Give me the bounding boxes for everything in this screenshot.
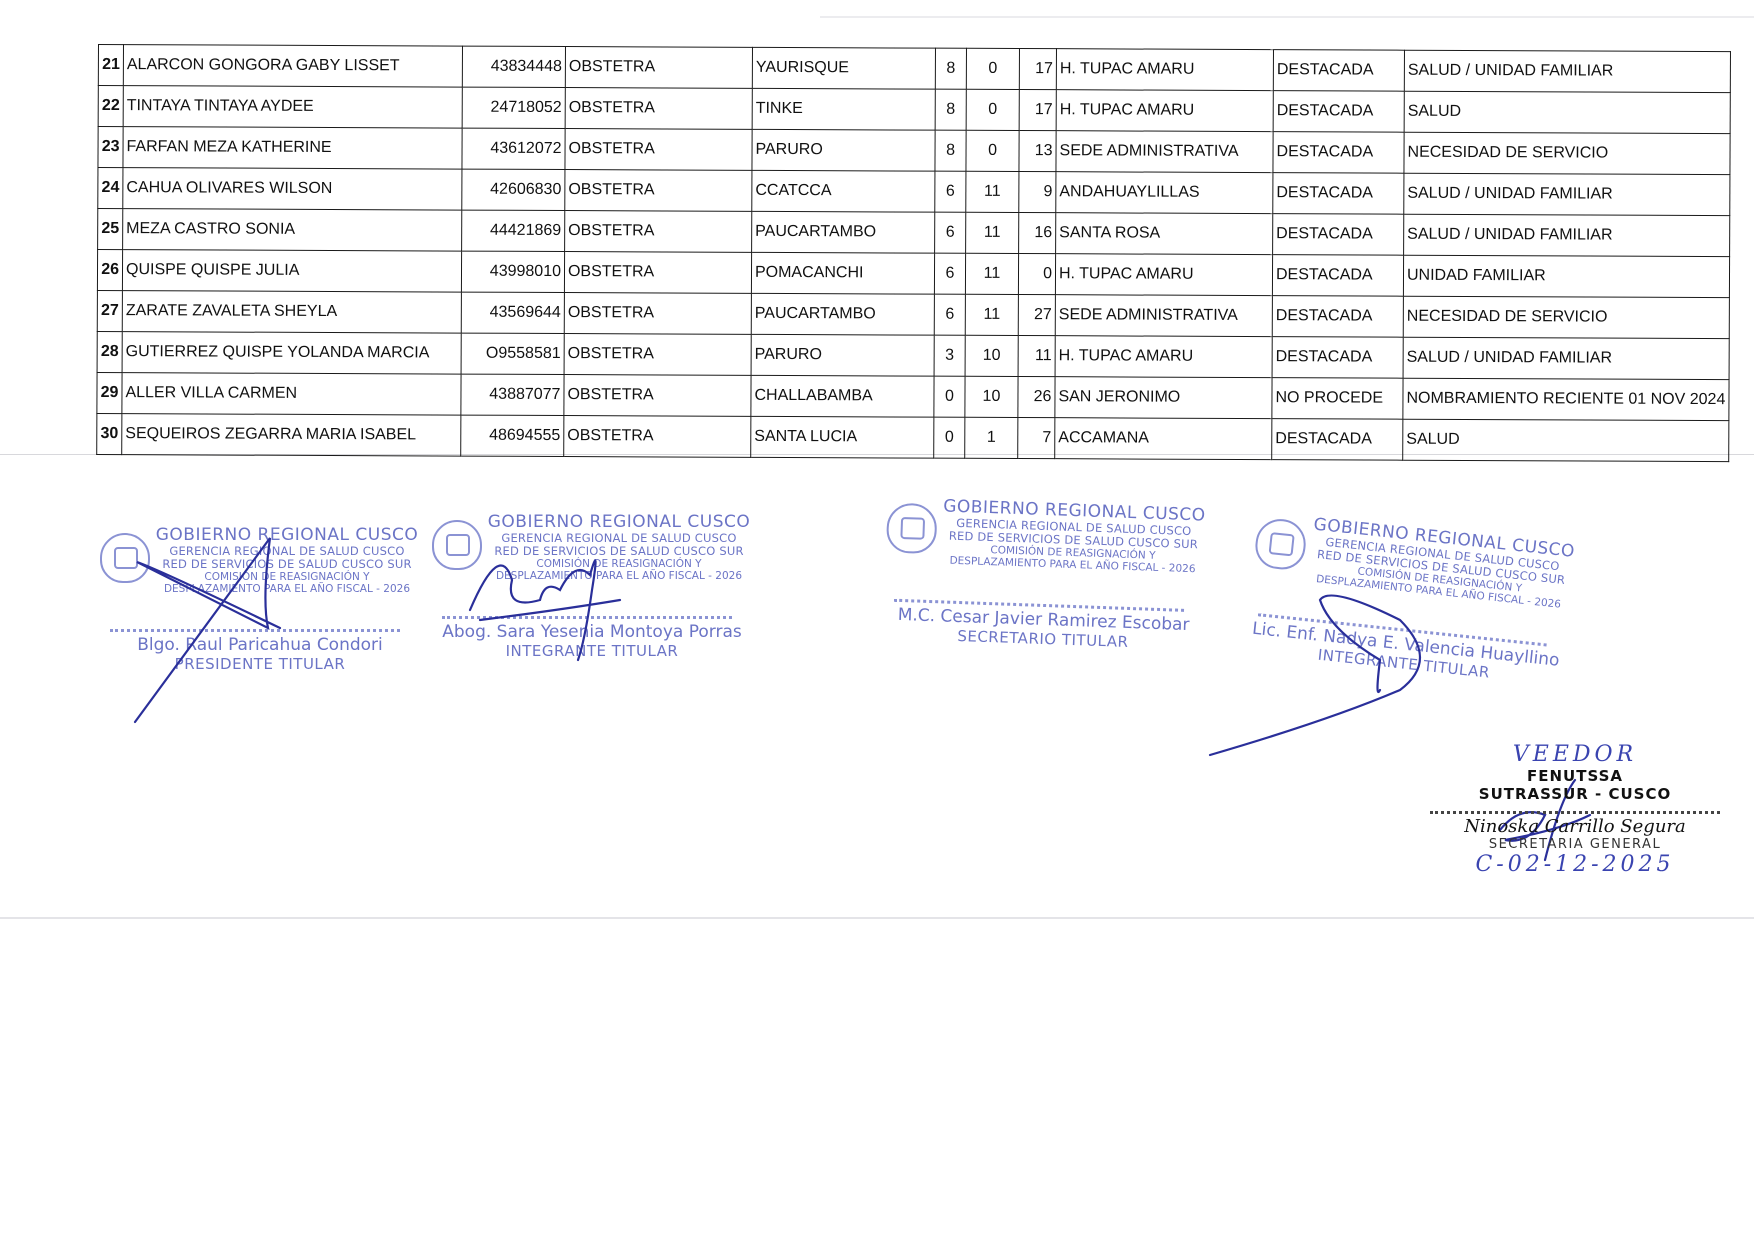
table-row: 29ALLER VILLA CARMEN43887077OBSTETRACHAL… bbox=[97, 372, 1729, 420]
table-row: 23FARFAN MEZA KATHERINE43612072OBSTETRAP… bbox=[98, 127, 1730, 175]
position-cell: OBSTETRA bbox=[564, 375, 751, 417]
personnel-table: 21ALARCON GONGORA GABY LISSET43834448OBS… bbox=[96, 44, 1731, 462]
months-cell: 10 bbox=[965, 376, 1018, 417]
dni-cell: 24718052 bbox=[462, 87, 565, 128]
days-cell: 27 bbox=[1018, 295, 1055, 336]
days-cell: 26 bbox=[1018, 377, 1055, 418]
stamp-line: RED DE SERVICIOS DE SALUD CUSCO SUR bbox=[152, 558, 422, 571]
page-top-edge bbox=[820, 16, 1754, 18]
days-cell: 9 bbox=[1019, 172, 1056, 213]
stamp-line: DESPLAZAMIENTO PARA EL AÑO FISCAL - 2026 bbox=[152, 583, 422, 595]
signature-line bbox=[442, 616, 732, 619]
position-cell: OBSTETRA bbox=[565, 88, 752, 130]
destination-cell: H. TUPAC AMARU bbox=[1056, 49, 1273, 91]
origin-unit-cell: CHALLABAMBA bbox=[751, 375, 934, 417]
destination-cell: H. TUPAC AMARU bbox=[1055, 336, 1272, 378]
status-cell: DESTACADA bbox=[1272, 337, 1403, 379]
coat-of-arms-icon bbox=[1253, 517, 1308, 572]
dni-cell: 43569644 bbox=[461, 292, 564, 333]
origin-unit-cell: PAUCARTAMBO bbox=[751, 293, 934, 335]
reason-cell: NECESIDAD DE SERVICIO bbox=[1404, 132, 1730, 174]
days-cell: 0 bbox=[1018, 254, 1055, 295]
days-cell: 17 bbox=[1019, 49, 1056, 90]
table-row: 28GUTIERREZ QUISPE YOLANDA MARCIAO955858… bbox=[97, 331, 1729, 379]
origin-unit-cell: POMACANCHI bbox=[751, 252, 934, 294]
status-cell: DESTACADA bbox=[1272, 255, 1403, 297]
origin-unit-cell: TINKE bbox=[752, 88, 935, 130]
row-number-cell: 28 bbox=[97, 331, 122, 372]
destination-cell: SEDE ADMINISTRATIVA bbox=[1055, 295, 1272, 337]
years-cell: 8 bbox=[935, 89, 966, 130]
full-name-cell: CAHUA OLIVARES WILSON bbox=[123, 168, 462, 210]
full-name-cell: GUTIERREZ QUISPE YOLANDA MARCIA bbox=[122, 332, 461, 374]
position-cell: OBSTETRA bbox=[565, 129, 752, 171]
dni-cell: 43834448 bbox=[462, 46, 565, 87]
position-cell: OBSTETRA bbox=[565, 47, 752, 89]
months-cell: 0 bbox=[966, 130, 1019, 171]
stamp-line: RED DE SERVICIOS DE SALUD CUSCO SUR bbox=[484, 545, 754, 558]
table-row: 22TINTAYA TINTAYA AYDEE24718052OBSTETRAT… bbox=[98, 86, 1730, 134]
stamp-member-1: GOBIERNO REGIONAL CUSCO GERENCIA REGIONA… bbox=[432, 512, 752, 672]
origin-unit-cell: YAURISQUE bbox=[752, 47, 935, 89]
days-cell: 17 bbox=[1019, 90, 1056, 131]
stamp-line: COMISIÓN DE REASIGNACIÓN Y bbox=[152, 571, 422, 583]
signature-line bbox=[110, 629, 400, 632]
origin-unit-cell: SANTA LUCIA bbox=[751, 416, 934, 458]
position-cell: OBSTETRA bbox=[565, 170, 752, 212]
stamp-secretary: GOBIERNO REGIONAL CUSCO GERENCIA REGIONA… bbox=[882, 494, 1207, 665]
reason-cell: SALUD / UNIDAD FAMILIAR bbox=[1404, 214, 1730, 256]
destination-cell: H. TUPAC AMARU bbox=[1056, 90, 1273, 132]
months-cell: 11 bbox=[966, 171, 1019, 212]
days-cell: 7 bbox=[1018, 418, 1055, 459]
row-number-cell: 23 bbox=[98, 127, 123, 168]
months-cell: 11 bbox=[965, 253, 1018, 294]
row-number-cell: 30 bbox=[97, 413, 122, 454]
origin-unit-cell: CCATCCA bbox=[752, 170, 935, 212]
signer-name: Blgo. Raul Paricahua Condori bbox=[100, 635, 420, 655]
veedor-role: SECRETARIA GENERAL bbox=[1430, 837, 1720, 852]
reason-cell: NOMBRAMIENTO RECIENTE 01 NOV 2024 bbox=[1403, 378, 1729, 420]
full-name-cell: SEQUEIROS ZEGARRA MARIA ISABEL bbox=[122, 414, 461, 456]
months-cell: 0 bbox=[966, 48, 1019, 89]
signer-role: PRESIDENTE TITULAR bbox=[100, 655, 420, 673]
years-cell: 8 bbox=[935, 48, 966, 89]
status-cell: DESTACADA bbox=[1273, 91, 1404, 133]
row-number-cell: 22 bbox=[98, 86, 123, 127]
status-cell: DESTACADA bbox=[1272, 419, 1403, 461]
destination-cell: SANTA ROSA bbox=[1056, 213, 1273, 255]
table-row: 25MEZA CASTRO SONIA44421869OBSTETRAPAUCA… bbox=[98, 209, 1730, 257]
position-cell: OBSTETRA bbox=[565, 211, 752, 253]
reason-cell: SALUD / UNIDAD FAMILIAR bbox=[1403, 337, 1729, 379]
veedor-signature-block: VEEDOR FENUTSSA SUTRASSUR - CUSCO Ninosk… bbox=[1430, 742, 1720, 877]
signature-line bbox=[1430, 811, 1720, 814]
signer-name: Abog. Sara Yesenia Montoya Porras bbox=[432, 622, 752, 642]
origin-unit-cell: PAUCARTAMBO bbox=[752, 211, 935, 253]
veedor-name: Ninoska Carrillo Segura bbox=[1430, 816, 1720, 837]
years-cell: 3 bbox=[934, 335, 965, 376]
origin-unit-cell: PARURO bbox=[752, 129, 935, 171]
days-cell: 11 bbox=[1018, 336, 1055, 377]
position-cell: OBSTETRA bbox=[564, 334, 751, 376]
dni-cell: 43998010 bbox=[461, 251, 564, 292]
coat-of-arms-icon bbox=[100, 533, 150, 583]
stamp-president: GOBIERNO REGIONAL CUSCO GERENCIA REGIONA… bbox=[100, 525, 420, 685]
row-number-cell: 21 bbox=[98, 45, 123, 86]
reason-cell: SALUD bbox=[1403, 419, 1729, 461]
years-cell: 8 bbox=[935, 130, 966, 171]
row-number-cell: 24 bbox=[98, 168, 123, 209]
veedor-org: SUTRASSUR - CUSCO bbox=[1430, 785, 1720, 803]
years-cell: 6 bbox=[934, 294, 965, 335]
dni-cell: 48694555 bbox=[461, 415, 564, 456]
page-bottom-line bbox=[0, 917, 1754, 919]
veedor-label: VEEDOR bbox=[1430, 742, 1720, 767]
veedor-date: C-02-12-2025 bbox=[1430, 852, 1720, 877]
position-cell: OBSTETRA bbox=[564, 416, 751, 458]
stamp-title: GOBIERNO REGIONAL CUSCO bbox=[484, 512, 754, 532]
dni-cell: 43887077 bbox=[461, 374, 564, 415]
days-cell: 16 bbox=[1019, 213, 1056, 254]
row-number-cell: 25 bbox=[98, 209, 123, 250]
years-cell: 6 bbox=[935, 171, 966, 212]
dni-cell: O9558581 bbox=[461, 333, 564, 374]
full-name-cell: MEZA CASTRO SONIA bbox=[123, 209, 462, 251]
status-cell: NO PROCEDE bbox=[1272, 378, 1403, 420]
position-cell: OBSTETRA bbox=[564, 252, 751, 294]
stamp-line: COMISIÓN DE REASIGNACIÓN Y bbox=[484, 558, 754, 570]
full-name-cell: QUISPE QUISPE JULIA bbox=[122, 250, 461, 292]
destination-cell: SEDE ADMINISTRATIVA bbox=[1056, 131, 1273, 173]
row-number-cell: 27 bbox=[97, 290, 122, 331]
status-cell: DESTACADA bbox=[1273, 50, 1404, 92]
stamp-title: GOBIERNO REGIONAL CUSCO bbox=[152, 525, 422, 545]
status-cell: DESTACADA bbox=[1273, 214, 1404, 256]
row-number-cell: 29 bbox=[97, 372, 122, 413]
reason-cell: SALUD / UNIDAD FAMILIAR bbox=[1404, 173, 1730, 215]
destination-cell: ANDAHUAYLILLAS bbox=[1056, 172, 1273, 214]
coat-of-arms-icon bbox=[432, 520, 482, 570]
dni-cell: 43612072 bbox=[462, 128, 565, 169]
table-row: 26QUISPE QUISPE JULIA43998010OBSTETRAPOM… bbox=[97, 250, 1729, 298]
status-cell: DESTACADA bbox=[1273, 132, 1404, 174]
full-name-cell: FARFAN MEZA KATHERINE bbox=[123, 127, 462, 169]
months-cell: 11 bbox=[965, 294, 1018, 335]
origin-unit-cell: PARURO bbox=[751, 334, 934, 376]
status-cell: DESTACADA bbox=[1272, 296, 1403, 338]
position-cell: OBSTETRA bbox=[564, 293, 751, 335]
years-cell: 6 bbox=[934, 253, 965, 294]
reason-cell: UNIDAD FAMILIAR bbox=[1403, 255, 1729, 297]
row-number-cell: 26 bbox=[97, 250, 122, 291]
years-cell: 6 bbox=[935, 212, 966, 253]
destination-cell: SAN JERONIMO bbox=[1055, 377, 1272, 419]
table-row: 24CAHUA OLIVARES WILSON42606830OBSTETRAC… bbox=[98, 168, 1730, 216]
years-cell: 0 bbox=[934, 376, 965, 417]
years-cell: 0 bbox=[934, 417, 965, 458]
reason-cell: SALUD / UNIDAD FAMILIAR bbox=[1404, 50, 1730, 92]
signer-role: INTEGRANTE TITULAR bbox=[432, 642, 752, 660]
table-row: 21ALARCON GONGORA GABY LISSET43834448OBS… bbox=[98, 45, 1730, 93]
stamp-line: DESPLAZAMIENTO PARA EL AÑO FISCAL - 2026 bbox=[484, 570, 754, 582]
dni-cell: 44421869 bbox=[462, 210, 565, 251]
destination-cell: H. TUPAC AMARU bbox=[1055, 254, 1272, 296]
veedor-org: FENUTSSA bbox=[1430, 767, 1720, 785]
days-cell: 13 bbox=[1019, 131, 1056, 172]
table-row: 27ZARATE ZAVALETA SHEYLA43569644OBSTETRA… bbox=[97, 290, 1729, 338]
full-name-cell: ZARATE ZAVALETA SHEYLA bbox=[122, 291, 461, 333]
destination-cell: ACCAMANA bbox=[1055, 418, 1272, 460]
table-row: 30SEQUEIROS ZEGARRA MARIA ISABEL48694555… bbox=[97, 413, 1729, 461]
months-cell: 11 bbox=[966, 212, 1019, 253]
reason-cell: NECESIDAD DE SERVICIO bbox=[1403, 296, 1729, 338]
months-cell: 10 bbox=[965, 335, 1018, 376]
status-cell: DESTACADA bbox=[1273, 173, 1404, 215]
dni-cell: 42606830 bbox=[462, 169, 565, 210]
reason-cell: SALUD bbox=[1404, 91, 1730, 133]
months-cell: 1 bbox=[965, 417, 1018, 458]
months-cell: 0 bbox=[966, 89, 1019, 130]
stamp-member-2: GOBIERNO REGIONAL CUSCO GERENCIA REGIONA… bbox=[1243, 509, 1578, 702]
coat-of-arms-icon bbox=[886, 502, 938, 554]
full-name-cell: TINTAYA TINTAYA AYDEE bbox=[123, 86, 462, 128]
full-name-cell: ALLER VILLA CARMEN bbox=[122, 373, 461, 415]
full-name-cell: ALARCON GONGORA GABY LISSET bbox=[123, 45, 462, 87]
